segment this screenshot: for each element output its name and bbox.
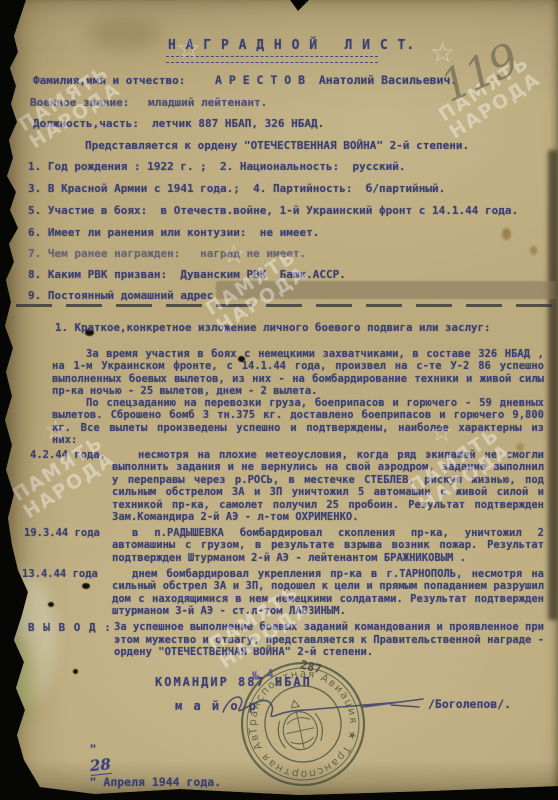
watermark-word: ПАМЯТЬ bbox=[406, 425, 504, 499]
archive-watermark: ПАМЯТЬ НАРОДА bbox=[436, 53, 545, 143]
paper-hole bbox=[82, 583, 90, 589]
star-icon: ☆ bbox=[430, 36, 455, 69]
watermark-word: ПАМЯТЬ bbox=[203, 247, 301, 321]
stain bbox=[516, 443, 524, 451]
field-rank-label: Военное звание: bbox=[30, 96, 129, 109]
date-rest: " Апреля 1944 года. bbox=[90, 775, 222, 789]
stamp-number-mark: 287 bbox=[299, 658, 323, 677]
star-icon: ☆ bbox=[44, 416, 67, 446]
paper-hole bbox=[48, 602, 54, 607]
star-icon: ☆ bbox=[222, 240, 245, 270]
feat-paragraph-1: За время участия в боях с немецкими захв… bbox=[52, 348, 544, 398]
field-name-label: Фамилия,имя и отчество: bbox=[33, 74, 185, 87]
watermark-word: НАРОДА bbox=[446, 70, 544, 144]
episode-2-date: 19.3.44 года bbox=[24, 527, 100, 539]
pencil-page-number: 119 bbox=[433, 34, 525, 112]
registry-mark: № 4 bbox=[251, 667, 274, 684]
archive-watermark: ПАМЯТЬ НАРОДА bbox=[206, 583, 315, 673]
archive-watermark: ПАМЯТЬ НАРОДА bbox=[203, 247, 312, 337]
handwritten-day: 28 bbox=[89, 755, 112, 776]
redacted-address bbox=[216, 281, 556, 299]
episode-1-text: несмотря на плохие метеоусловия, когда р… bbox=[112, 449, 544, 523]
watermark-word: НАРОДА bbox=[26, 80, 124, 154]
stain bbox=[530, 246, 537, 255]
svg-text:Транспортная Авиация ★ Транс: Транспортная Авиация ★ Транспортная Авиа… bbox=[225, 646, 370, 794]
field-row-7: 7. Чем ранее награжден: наград не имеет. bbox=[28, 247, 306, 260]
watermark-word: ПАМЯТЬ bbox=[436, 53, 534, 127]
commander-signature bbox=[205, 680, 455, 735]
conclusion-text: За успешное выполнение боевых заданий ко… bbox=[114, 621, 544, 659]
episode-3-date: 13.4.44 года bbox=[22, 568, 98, 580]
stain bbox=[0, 636, 38, 732]
archive-watermark: ПАМЯТЬ НАРОДА bbox=[406, 425, 515, 515]
watermark-word: ПАМЯТЬ bbox=[16, 63, 114, 137]
feat-paragraph-2: По спецзаданию на перевозки груза, боепр… bbox=[52, 397, 544, 447]
field-name-value: А Р Е С Т О В Анатолий Васильевич. bbox=[215, 73, 457, 87]
commander-rank: м а й о р bbox=[175, 699, 258, 713]
field-submission: Представляется к ордену "ОТЕЧЕСТВЕННАЯ В… bbox=[85, 139, 469, 152]
signer-name: /Боголепов/. bbox=[428, 697, 511, 711]
watermark-word: НАРОДА bbox=[213, 264, 311, 338]
episode-2-text: в п.РАДЫШЕВКА бомбардировал скопления пр… bbox=[112, 527, 544, 564]
watermark-word: НАРОДА bbox=[20, 450, 118, 524]
watermark-word: ПАМЯТЬ bbox=[10, 433, 108, 507]
paper-hole bbox=[85, 329, 94, 336]
field-rank-value: младший лейтенант. bbox=[148, 96, 267, 109]
paper-hole bbox=[73, 669, 78, 674]
stain bbox=[88, 18, 162, 50]
field-row-5: 5. Участие в боях: в Отечеств.войне, 1-й… bbox=[28, 204, 518, 217]
paper-sheet: Н А Г Р А Д Н О Й Л И С Т. Фамилия,имя и… bbox=[0, 0, 558, 800]
scanned-award-document: Н А Г Р А Д Н О Й Л И С Т. Фамилия,имя и… bbox=[0, 0, 558, 800]
stain bbox=[502, 228, 511, 240]
date-line: " 28 " Апреля 1944 года. bbox=[48, 728, 221, 800]
watermark-word: ПАМЯТЬ bbox=[206, 583, 304, 657]
field-unit-label: Должность,часть: bbox=[33, 117, 139, 130]
commander-line: КОМАНДИР 887 НБАП bbox=[155, 675, 312, 689]
field-row-3-4: 3. В Красной Армии с 1941 года.; 4. Парт… bbox=[28, 182, 445, 195]
conclusion-label: В Ы В О Д : bbox=[28, 621, 112, 634]
episode-1-date: 4.2.44 года, bbox=[30, 449, 106, 461]
episode-3-text: днем бомбардировал укрепления пр-ка в г.… bbox=[112, 568, 544, 618]
star-icon: ☆ bbox=[176, 32, 201, 65]
stain bbox=[0, 572, 56, 704]
title-underline bbox=[166, 56, 378, 63]
archive-watermark: ПАМЯТЬ НАРОДА bbox=[16, 63, 125, 153]
field-row-9: 9. Постоянный домашний адрес bbox=[28, 289, 213, 302]
round-stamp: Транспортная Авиация ★ Транспортная Авиа… bbox=[225, 646, 382, 800]
document-title: Н А Г Р А Д Н О Й Л И С Т. bbox=[168, 38, 415, 53]
feat-heading: 1. Краткое,конкретное изложение личного … bbox=[55, 321, 491, 334]
star-icon: ☆ bbox=[430, 418, 453, 448]
field-row-1-2: 1. Год рождения : 1922 г. ; 2. Националь… bbox=[28, 160, 406, 173]
stain bbox=[548, 150, 558, 620]
field-unit-value: летчик 887 НБАП, 326 НБАД. bbox=[152, 117, 324, 130]
date-open-quote: " bbox=[90, 742, 97, 756]
paper-hole bbox=[238, 356, 245, 362]
field-row-6: 6. Имеет ли ранения или контузии: не име… bbox=[28, 226, 319, 239]
watermark-word: НАРОДА bbox=[216, 600, 314, 674]
archive-watermark: ПАМЯТЬ НАРОДА bbox=[10, 433, 119, 523]
field-row-8: 8. Каким РВК призван: Дуванским РВК Башк… bbox=[28, 268, 346, 281]
watermark-word: НАРОДА bbox=[416, 442, 514, 516]
section-divider bbox=[16, 304, 554, 307]
stamp-ring-text: Транспортная Авиация ★ Транспортная Авиа… bbox=[225, 646, 370, 794]
